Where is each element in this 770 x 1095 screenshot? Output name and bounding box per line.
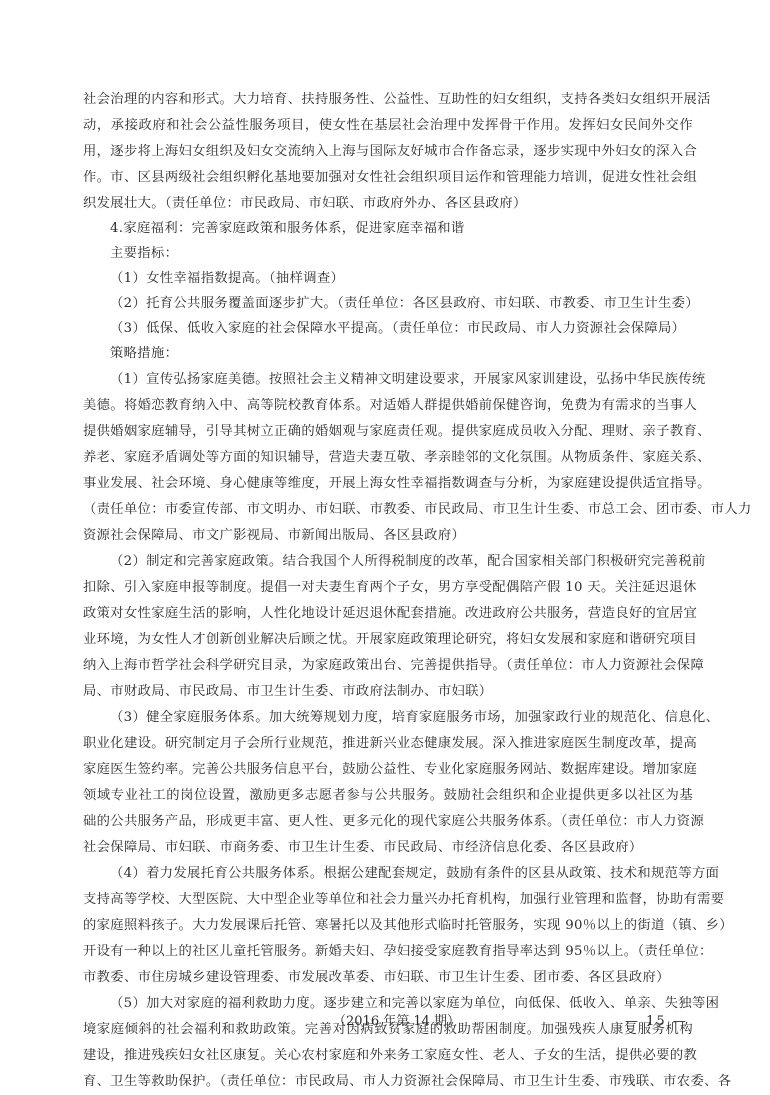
paragraph-line: 提供婚姻家庭辅导，引导其树立正确的婚姻观与家庭责任观。提供家庭成员收入分配、理财…: [83, 419, 693, 445]
indicator-item: （1）女性幸福指数提高。（抽样调查）: [110, 266, 693, 292]
paragraph-line: 础的公共服务产品，形成更丰富、更人性、更多元化的现代家庭公共服务体系。（责任单位…: [83, 809, 693, 835]
paragraph-line: 领域专业社工的岗位设置，激励更多志愿者参与公共服务。鼓励社会组织和企业提供更多以…: [83, 783, 693, 809]
section-heading: 4.家庭福利：完善家庭政策和服务体系，促进家庭幸福和谐: [110, 216, 693, 242]
subheading-strategies: 策略措施：: [110, 341, 693, 367]
paragraph-line: 社会保障局、市妇联、市商务委、市卫生计生委、市民政局、市经济信息化委、各区县政府…: [83, 835, 693, 861]
paragraph-line: 资源社会保障局、市文广影视局、市新闻出版局、各区县政府）: [83, 523, 693, 549]
indicator-item: （2）托育公共服务覆盖面逐步扩大。（责任单位：各区县政府、市妇联、市教委、市卫生…: [110, 291, 693, 317]
paragraph-line: 局、市财政局、市民政局、市卫生计生委、市政府法制办、市妇联）: [83, 679, 693, 705]
indicator-item: （3）低保、低收入家庭的社会保障水平提高。（责任单位：市民政局、市人力资源社会保…: [110, 316, 693, 342]
subheading-main-indicators: 主要指标：: [110, 241, 693, 267]
paragraph-line: （2）制定和完善家庭政策。结合我国个人所得税制度的改革，配合国家相关部门积极研究…: [110, 549, 693, 575]
footer-issue: （2016 年第 14 期）: [333, 1012, 460, 1032]
paragraph-line: 家庭医生签约率。完善公共服务信息平台，鼓励公益性、专业化家庭服务网站、数据库建设…: [83, 757, 693, 783]
paragraph-line: 纳入上海市哲学社会科学研究目录，为家庭政策出台、完善提供指导。（责任单位：市人力…: [83, 653, 693, 679]
paragraph-line: 动，承接政府和社会公益性服务项目，使女性在基层社会治理中发挥骨干作用。发挥妇女民…: [83, 113, 693, 139]
paragraph-line: （责任单位：市委宣传部、市文明办、市妇联、市教委、市民政局、市卫生计生委、市总工…: [83, 497, 693, 523]
paragraph-line: 育、卫生等救助保护。（责任单位：市民政局、市人力资源社会保障局、市卫生计生委、市…: [83, 1069, 693, 1095]
paragraph-line: 的家庭照料孩子。大力发展课后托管、寒暑托以及其他形式临时托管服务，实现 90％以…: [83, 913, 693, 939]
paragraph-line: 美德。将婚恋教育纳入中、高等院校教育体系。对适婚人群提供婚前保健咨询，免费为有需…: [83, 393, 693, 419]
paragraph-line: 业环境，为女性人才创新创业解决后顾之忧。开展家庭政策理论研究，将妇女发展和家庭和…: [83, 627, 693, 653]
document-page: 社会治理的内容和形式。大力培育、扶持服务性、公益性、互助性的妇女组织，支持各类妇…: [0, 0, 770, 1095]
paragraph-line: 支持高等学校、大型医院、大中型企业等单位和社会力量兴办托育机构，加强行业管理和监…: [83, 887, 693, 913]
paragraph-line: 扣除、引入家庭申报等制度。提倡一对夫妻生育两个子女，男方享受配偶陪产假 10 天…: [83, 575, 693, 601]
paragraph-line: （1）宣传弘扬家庭美德。按照社会主义精神文明建设要求，开展家风家训建设，弘扬中华…: [110, 367, 693, 393]
paragraph-line: 作。市、区县两级社会组织孵化基地要加强对女性社会组织项目运作和管理能力培训，促进…: [83, 165, 693, 191]
paragraph-line: 养老、家庭矛盾调处等方面的知识辅导，营造夫妻互敬、孝亲睦邻的文化氛围。从物质条件…: [83, 445, 693, 471]
paragraph-line: 政策对女性家庭生活的影响，人性化地设计延迟退休配套措施。改进政府公共服务，营造良…: [83, 601, 693, 627]
paragraph-line: 职业化建设。研究制定月子会所行业规范，推进新兴业态健康发展。深入推进家庭医生制度…: [83, 731, 693, 757]
paragraph-line: 市教委、市住房城乡建设管理委、市发展改革委、市妇联、市卫生计生委、团市委、各区县…: [83, 965, 693, 991]
paragraph-line: 建设，推进残疾妇女社区康复。关心农村家庭和外来务工家庭女性、老人、子女的生活，提…: [83, 1043, 693, 1069]
paragraph-line: （4）着力发展托育公共服务体系。根据公建配套规定，鼓励有条件的区县从政策、技术和…: [110, 861, 693, 887]
paragraph-line: 织发展壮大。（责任单位：市民政局、市妇联、市政府外办、各区县政府）: [83, 191, 693, 217]
paragraph-line: 社会治理的内容和形式。大力培育、扶持服务性、公益性、互助性的妇女组织，支持各类妇…: [83, 87, 693, 113]
paragraph-line: 事业发展、社会环境、身心健康等维度，开展上海女性幸福指数调查与分析，为家庭建设提…: [83, 471, 693, 497]
paragraph-line: 开设有一种以上的社区儿童托管服务。新婚夫妇、孕妇接受家庭教育指导率达到 95％以…: [83, 939, 693, 965]
paragraph-line: （3）健全家庭服务体系。加大统筹规划力度，培育家庭服务市场，加强家政行业的规范化…: [110, 705, 693, 731]
footer-page-number: — 15 —: [625, 1012, 688, 1032]
paragraph-line: 用，逐步将上海妇女组织及妇女交流纳入上海与国际友好城市合作备忘录，逐步实现中外妇…: [83, 139, 693, 165]
